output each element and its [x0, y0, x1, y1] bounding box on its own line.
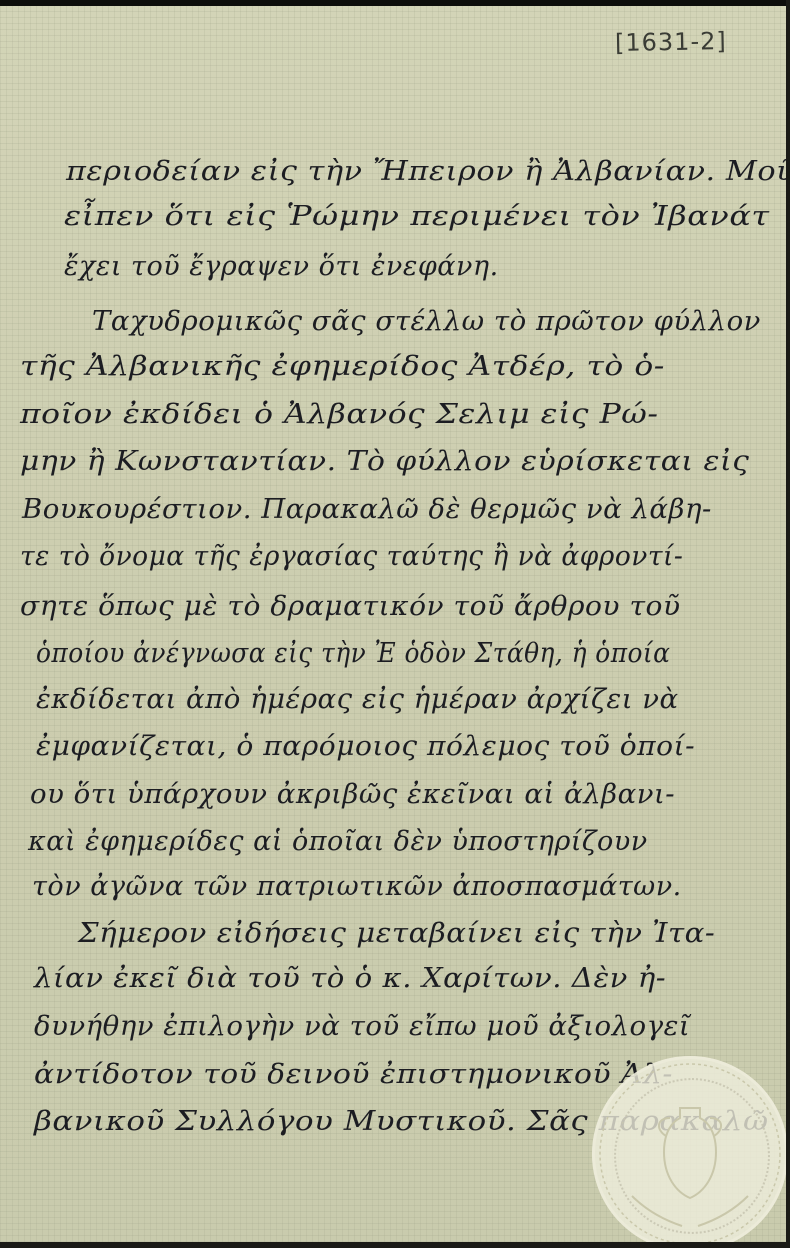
handwritten-line: σητε ὅπως μὲ τὸ δραματικόν τοῦ ἄρθρου το… [20, 591, 681, 622]
handwritten-line: ὁποίου ἀνέγνωσα εἰς τὴν Ἐ ὁδὸν Στάθη, ἡ … [36, 638, 670, 669]
handwritten-line: τῆς Ἀλβανικῆς ἐφημερίδος Ἀτδέρ, τὸ ὁ- [20, 351, 665, 382]
institution-seal-watermark [592, 1056, 786, 1242]
handwritten-line: ἔχει τοῦ ἔγραψεν ὅτι ἐνεφάνη. [64, 251, 499, 282]
handwritten-line: ποῖον ἐκδίδει ὁ Ἀλβανός Σελιμ εἰς Ρώ- [20, 399, 659, 430]
scan-border-right [786, 0, 790, 1248]
handwritten-line: περιοδείαν εἰς τὴν Ἤπειρον ἢ Ἀλβανίαν. Μ… [66, 156, 786, 187]
scan-border-bottom [0, 1242, 790, 1248]
handwritten-line: ἐκδίδεται ἀπὸ ἡμέρας εἰς ἡμέραν ἀρχίζει … [36, 684, 679, 715]
handwritten-line: ου ὅτι ὑπάρχουν ἀκριβῶς ἐκεῖναι αἱ ἀλβαν… [30, 779, 675, 810]
handwritten-line: Σήμερον εἰδήσεις μεταβαίνει εἰς τὴν Ἰτα- [78, 918, 715, 949]
handwritten-line: τε τὸ ὄνομα τῆς ἐργασίας ταύτης ἢ νὰ ἀφρ… [20, 541, 683, 572]
handwritten-line: δυνήθην ἐπιλογὴν νὰ τοῦ εἴπω μοῦ ἀξιολογ… [34, 1011, 690, 1042]
handwritten-line: ἀντίδοτον τοῦ δεινοῦ ἐπιστημονικοῦ Ἀλ- [34, 1059, 673, 1090]
amphora-icon [592, 1056, 786, 1242]
handwritten-line: εἶπεν ὅτι εἰς Ῥώμην περιμένει τὸν Ἰβανάτ [64, 201, 770, 232]
archive-reference-number: [1631-2] [615, 27, 727, 57]
handwritten-line: τὸν ἀγῶνα τῶν πατριωτικῶν ἀποσπασμάτων. [32, 871, 682, 902]
handwritten-line: καὶ ἐφημερίδες αἱ ὁποῖαι δὲν ὑποστηρίζου… [28, 826, 648, 857]
handwritten-line: Βουκουρέστιον. Παρακαλῶ δὲ θερμῶς νὰ λάβ… [22, 494, 712, 525]
handwritten-line: λίαν ἐκεῖ διὰ τοῦ τὸ ὁ κ. Χαρίτων. Δὲν ἠ… [34, 963, 666, 994]
letter-page: [1631-2] περιοδείαν εἰς τὴν Ἤπειρον ἢ Ἀλ… [0, 6, 786, 1242]
handwritten-line: Ταχυδρομικῶς σᾶς στέλλω τὸ πρῶτον φύλλον [92, 306, 761, 337]
handwritten-line: μην ἢ Κωνσταντίαν. Τὸ φύλλον εὑρίσκεται … [20, 446, 749, 477]
handwritten-line: ἐμφανίζεται, ὁ παρόμοιος πόλεμος τοῦ ὁπο… [36, 731, 695, 762]
